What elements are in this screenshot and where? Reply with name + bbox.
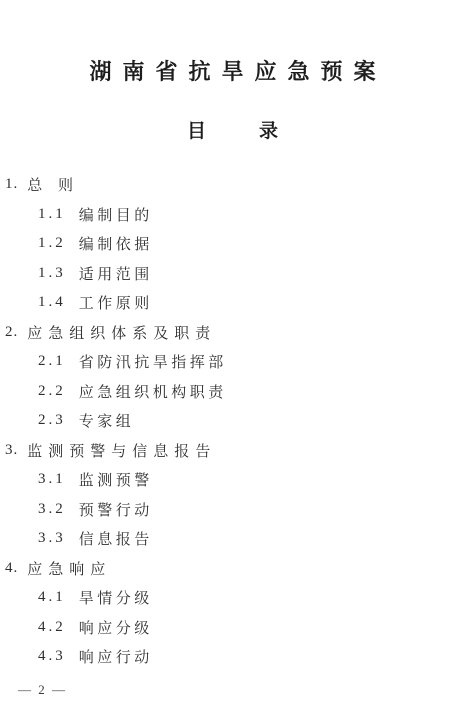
toc-item-4-3: 4.3 响应行动 [0, 642, 465, 672]
toc-label: 应急组织机构职责 [79, 381, 227, 402]
toc-number: 4.1 [38, 589, 66, 606]
toc-item-3-1: 3.1 监测预警 [0, 465, 465, 495]
toc-item-2-1: 2.1 省防汛抗旱指挥部 [0, 347, 465, 377]
toc-label: 总 则 [27, 174, 79, 195]
toc-label: 旱情分级 [79, 587, 153, 608]
toc-label: 编制目的 [79, 204, 153, 225]
toc-label: 应急响应 [27, 558, 111, 579]
toc-number: 2.2 [38, 383, 66, 400]
toc-item-2-3: 2.3 专家组 [0, 406, 465, 436]
toc-item-2-2: 2.2 应急组织机构职责 [0, 377, 465, 407]
toc-item-3-2: 3.2 预警行动 [0, 495, 465, 525]
toc-item-4-2: 4.2 响应分级 [0, 613, 465, 643]
document-title: 湖南省抗旱应急预案 [0, 55, 465, 86]
toc-number: 1. [5, 176, 18, 193]
toc-number: 1.2 [38, 235, 66, 252]
toc-number: 3.1 [38, 471, 66, 488]
toc-label: 省防汛抗旱指挥部 [79, 351, 227, 372]
toc-number: 1.1 [38, 206, 66, 223]
toc-number: 2.1 [38, 353, 66, 370]
toc-item-1-4: 1.4 工作原则 [0, 288, 465, 318]
toc-label: 应急组织体系及职责 [27, 322, 216, 343]
toc-number: 1.4 [38, 294, 66, 311]
toc-heading: 目 录 [0, 116, 465, 143]
toc-label: 工作原则 [79, 292, 153, 313]
toc-number: 1.3 [38, 265, 66, 282]
toc-number: 2.3 [38, 412, 66, 429]
document-page: 湖南省抗旱应急预案 目 录 1. 总 则 1.1 编制目的 1.2 编制依据 1… [0, 0, 465, 707]
toc-label: 专家组 [79, 410, 135, 431]
toc-item-1-2: 1.2 编制依据 [0, 229, 465, 259]
toc-section-1: 1. 总 则 [0, 170, 465, 200]
toc-section-2: 2. 应急组织体系及职责 [0, 318, 465, 348]
toc-list: 1. 总 则 1.1 编制目的 1.2 编制依据 1.3 适用范围 1.4 工作… [0, 170, 465, 672]
toc-label: 适用范围 [79, 263, 153, 284]
toc-number: 4. [5, 560, 18, 577]
toc-label: 信息报告 [79, 528, 153, 549]
toc-number: 2. [5, 324, 18, 341]
toc-label: 响应行动 [79, 646, 153, 667]
toc-label: 监测预警与信息报告 [27, 440, 216, 461]
page-number: — 2 — [18, 682, 67, 698]
toc-number: 4.3 [38, 648, 66, 665]
toc-number: 3. [5, 442, 18, 459]
toc-item-1-1: 1.1 编制目的 [0, 200, 465, 230]
toc-number: 3.3 [38, 530, 66, 547]
toc-label: 监测预警 [79, 469, 153, 490]
toc-label: 响应分级 [79, 617, 153, 638]
toc-item-1-3: 1.3 适用范围 [0, 259, 465, 289]
toc-item-4-1: 4.1 旱情分级 [0, 583, 465, 613]
toc-section-4: 4. 应急响应 [0, 554, 465, 584]
toc-section-3: 3. 监测预警与信息报告 [0, 436, 465, 466]
toc-number: 4.2 [38, 619, 66, 636]
toc-label: 编制依据 [79, 233, 153, 254]
toc-item-3-3: 3.3 信息报告 [0, 524, 465, 554]
toc-number: 3.2 [38, 501, 66, 518]
toc-label: 预警行动 [79, 499, 153, 520]
